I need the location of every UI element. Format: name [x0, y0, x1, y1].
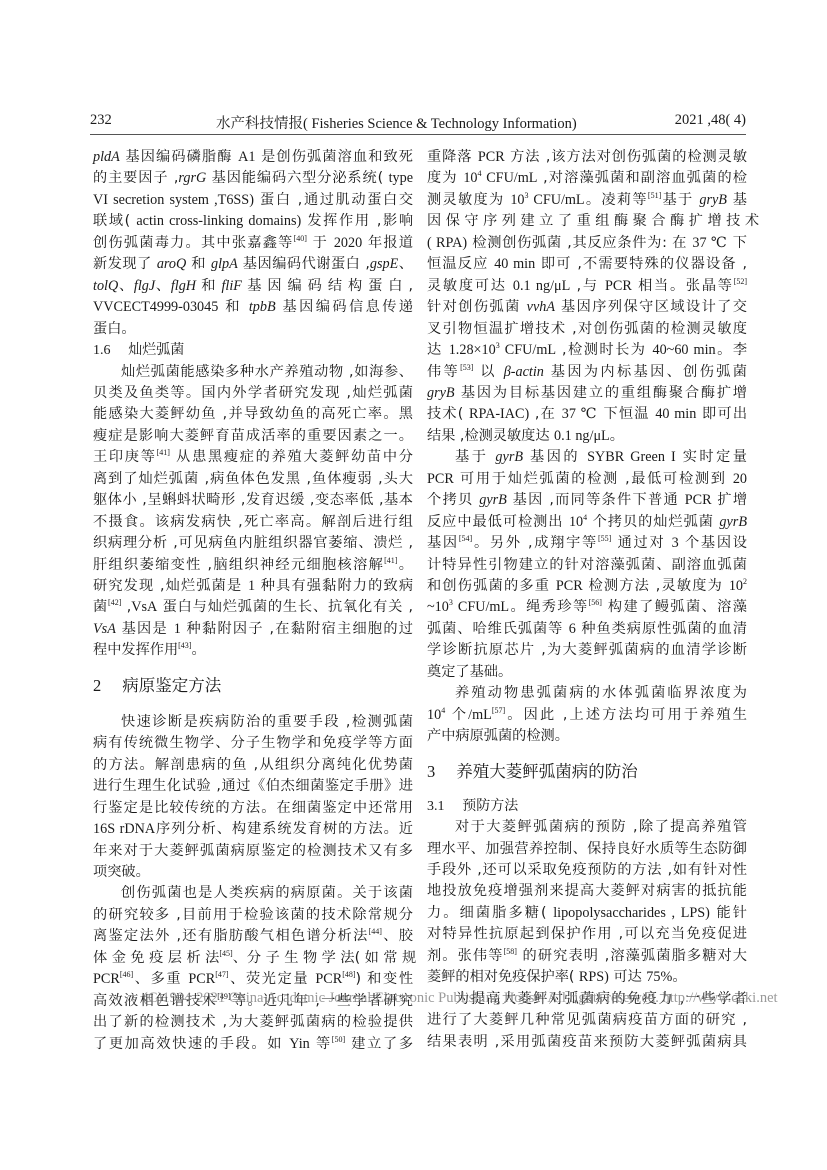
- text-line: 反应中最低可检测出 104 个拷贝的灿烂弧菌 gyrB: [427, 511, 747, 533]
- text-line: VI secretion system ,T6SS) 蛋白 ,通过肌动蛋白交: [93, 189, 413, 211]
- text-line: 叉引物恒温扩增技术 ,对创伤弧菌的检测灵敏度: [427, 318, 747, 340]
- text-line: 肝组织萎缩变性 ,脑组织神经元细胞核溶解[41]。: [93, 554, 413, 576]
- text-line: 对特异性抗原起到保护作用 ,可以充当免疫促进: [427, 923, 747, 945]
- text-line: PCR 可用于灿烂弧菌的检测 ,最低可检测到 20: [427, 468, 747, 490]
- section-heading: 3 养殖大菱鲆弧菌病的防治: [427, 761, 747, 783]
- text-line: 的方法。解剖患病的鱼 ,从组织分离纯化优势菌: [93, 754, 413, 776]
- text-line: 的研究较多 ,目前用于检验该菌的技术除常规分: [93, 904, 413, 926]
- text-line: 进行生理生化试验 ,通过《伯杰细菌鉴定手册》进: [93, 775, 413, 797]
- issue-info: 2021 ,48( 4): [675, 112, 746, 129]
- text-line: 新发现了 aroQ 和 glpA 基因编码代谢蛋白 ,gspE、: [93, 253, 413, 275]
- text-line: 结果 ,检测灵敏度达 0.1 ng/μL。: [427, 425, 747, 447]
- text-line: 伟等[53] 以 β-actin 基因为内标基因、创伤弧菌: [427, 361, 747, 383]
- text-line: 度为 104 CFU/mL ,对溶藻弧菌和副溶血弧菌的检: [427, 167, 747, 189]
- section-heading: 2 病原鉴定方法: [93, 675, 413, 697]
- text-line: 灵敏度可达 0.1 ng/μL ,与 PCR 相当。张晶等[52]: [427, 275, 747, 297]
- text-line: ( RPA) 检测创伤弧菌 ,其反应条件为: 在 37 ℃ 下: [427, 232, 747, 254]
- text-line: 达 1.28×103 CFU/mL ,检测时长为 40~60 min。李: [427, 339, 747, 361]
- text-line: 基于 gyrB 基因的 SYBR Green I 实时定量: [427, 446, 747, 468]
- text-line: 技术( RPA-IAC) ,在 37 ℃ 下恒温 40 min 即可出: [427, 403, 747, 425]
- text-line: 王印庚等[41] 从患黑瘦症的养殖大菱鲆幼苗中分: [93, 446, 413, 468]
- text-line: 基因[54]。另外 ,成翔宇等[55] 通过对 3 个基因设: [427, 532, 747, 554]
- text-line: 力。细菌脂多糖( lipopolysaccharides , LPS) 能针: [427, 902, 747, 924]
- text-line: PCR[46]、多重 PCR[47]、荧光定量 PCR[48]) 和变性: [93, 968, 413, 990]
- text-line: 贝类及鱼类等。国内外学者研究发现 ,灿烂弧菌: [93, 382, 413, 404]
- text-line: 离鉴定法外 ,还有脂肪酸气相色谱分析法[44]、胶: [93, 925, 413, 947]
- text-line: 行鉴定是比较传统的方法。在细菌鉴定中还常用: [93, 797, 413, 819]
- text-line: 躯体小 ,呈蝌蚪状畸形 ,发育迟缓 ,变态率低 ,基本: [93, 489, 413, 511]
- text-line: 对于大菱鲆弧菌病的预防 ,除了提高养殖管: [427, 816, 747, 838]
- text-line: 蛋白。: [93, 318, 413, 340]
- text-line: 能感染大菱鲆幼鱼 ,并导致幼鱼的高死亡率。黑: [93, 403, 413, 425]
- text-line: 产中病原弧菌的检测。: [427, 725, 747, 747]
- text-line: pldA 基因编码磷脂酶 A1 是创伤弧菌溶血和致死: [93, 146, 413, 168]
- journal-title: 水产科技情报( Fisheries Science & Technology I…: [216, 112, 577, 133]
- text-line: 养殖动物患弧菌病的水体弧菌临界浓度为: [427, 682, 747, 704]
- text-line: VVCECT4999-03045 和 tpbB 基因编码信息传递: [93, 296, 413, 318]
- text-line: VsA 基因是 1 种黏附因子 ,在黏附宿主细胞的过: [93, 618, 413, 640]
- text-line: 创伤弧菌也是人类疾病的病原菌。关于该菌: [93, 882, 413, 904]
- text-line: 重降落 PCR 方法 ,该方法对创伤弧菌的检测灵敏: [427, 146, 747, 168]
- text-line: 进行了大菱鲆几种常见弧菌病疫苗方面的研究 ,: [427, 1009, 747, 1031]
- text-line: ~103 CFU/mL。绳秀珍等[56] 构建了鳗弧菌、溶藻: [427, 596, 747, 618]
- text-line: 瘦症是影响大菱鲆育苗成活率的重要因素之一。: [93, 425, 413, 447]
- text-line: 不摄食。该病发病快 ,死亡率高。解剖后进行组: [93, 511, 413, 533]
- text-line: 手段外 ,还可以采取免疫预防的方法 ,如有针对性: [427, 859, 747, 881]
- text-line: 剂。张伟等[58] 的研究表明 ,溶藻弧菌脂多糖对大: [427, 945, 747, 967]
- page-number: 232: [90, 112, 112, 129]
- text-line: 联域( actin cross-linking domains) 发挥作用 ,影…: [93, 210, 413, 232]
- subsection-heading: 3.1 预防方法: [427, 795, 747, 817]
- text-line: 菱鲆的相对免疫保护率( RPS) 可达 75%。: [427, 966, 747, 988]
- text-line: 个拷贝 gyrB 基因 ,而同等条件下普通 PCR 扩增: [427, 489, 747, 511]
- text-line: 程中发挥作用[43]。: [93, 639, 413, 661]
- text-line: 地投放免疫增强剂来提高大菱鲆对病害的抵抗能: [427, 880, 747, 902]
- text-line: 为提高大菱鲆对弧菌病的免疫力 ,一些学者: [427, 988, 747, 1010]
- text-line: tolQ、flgJ、flgH 和 fliF 基 因 编 码 结 构 蛋 白 ,: [93, 275, 413, 297]
- subsection-heading: 1.6 灿烂弧菌: [93, 339, 413, 361]
- text-line: 出了新的检测技术 ,为大菱鲆弧菌病的检验提供: [93, 1011, 413, 1033]
- text-line: 体 金 免 疫 层 析 法[45]、分 子 生 物 学 法( 如 常 规: [93, 947, 413, 969]
- text-line: 菌[42] ,VsA 蛋白与灿烂弧菌的生长、抗氧化有关 ,: [93, 596, 413, 618]
- text-line: 测灵敏度为 103 CFU/mL。凌莉等[51]基于 gryB 基: [427, 189, 747, 211]
- text-line: 年来对于大菱鲆弧菌病原鉴定的检测技术又有多: [93, 840, 413, 862]
- text-line: 织病理分析 ,可见病鱼内脏组织器官萎缩、溃烂 ,: [93, 532, 413, 554]
- text-line: 灿烂弧菌能感染多种水产养殖动物 ,如海参、: [93, 361, 413, 383]
- text-line: 弧菌、哈维氏弧菌等 6 种鱼类病原性弧菌的血清: [427, 618, 747, 640]
- header-rule: [90, 134, 746, 135]
- text-line: 了更加高效快速的手段。如 Yin 等[50] 建立了多: [93, 1033, 413, 1055]
- text-line: 奠定了基础。: [427, 661, 747, 683]
- text-line: 16S rDNA序列分析、构建系统发育树的方法。近: [93, 818, 413, 840]
- text-line: 离到了灿烂弧菌 ,病鱼体色发黑 ,鱼体瘦弱 ,头大: [93, 468, 413, 490]
- text-line: 的主要因子 ,rgrG 基因能编码六型分泌系统( type: [93, 167, 413, 189]
- text-line: 学诊断抗原芯片 ,为大菱鲆弧菌病的血清学诊断: [427, 639, 747, 661]
- text-line: 创伤弧菌毒力。其中张嘉鑫等[40] 于 2020 年报道: [93, 232, 413, 254]
- text-line: 研究发现 ,灿烂弧菌是 1 种具有强黏附力的致病: [93, 575, 413, 597]
- text-line: 病有传统微生物学、分子生物学和免疫学等方面: [93, 732, 413, 754]
- text-line: 104 个/mL[57]。因此 ,上述方法均可用于养殖生: [427, 704, 747, 726]
- text-line: 恒温反应 40 min 即可 ,不需要特殊的仪器设备 ,: [427, 253, 747, 275]
- text-line: 针对创伤弧菌 vvhA 基因序列保守区域设计了交: [427, 296, 747, 318]
- text-line: 高效液相色谱技术[49]等。近几年 ,一些学者研究: [93, 990, 413, 1012]
- text-line: 和创伤弧菌的多重 PCR 检测方法 ,灵敏度为 102: [427, 575, 747, 597]
- text-line: 项突破。: [93, 861, 413, 883]
- text-line: 计特异性引物建立的针对溶藻弧菌、副溶血弧菌: [427, 554, 747, 576]
- text-line: 理水平、加强营养控制、保持良好水质等生态防御: [427, 838, 747, 860]
- running-header: 232 水产科技情报( Fisheries Science & Technolo…: [90, 112, 746, 132]
- text-line: 因 保 守 序 列 建 立 了 重 组 酶 聚 合 酶 扩 增 技 术: [427, 210, 747, 232]
- text-line: gryB 基因为目标基因建立的重组酶聚合酶扩增: [427, 382, 747, 404]
- text-line: 结果表明 ,采用弧菌疫苗来预防大菱鲆弧菌病具: [427, 1031, 747, 1053]
- text-line: 快速诊断是疾病防治的重要手段 ,检测弧菌: [93, 711, 413, 733]
